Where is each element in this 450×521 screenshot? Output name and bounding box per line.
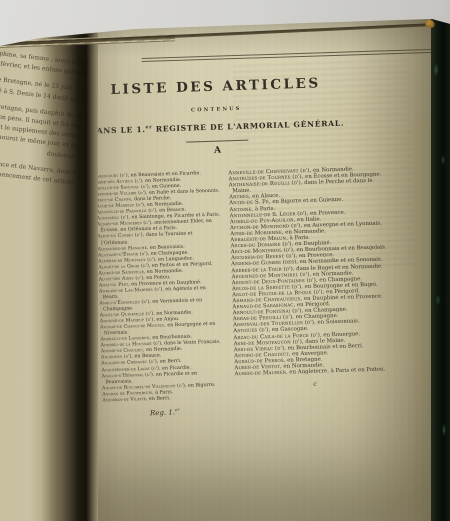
short-rule [186,140,248,143]
title-block: LISTE DES ARTICLES CONTENUS DANS LE 1.er… [86,75,346,160]
subtitle-register-post: REGISTRE DE L'ARMORIAL GÉNÉRAL. [152,119,344,134]
index-columns: Abancourt (d'), en Beauvaisis et en Pica… [95,164,436,418]
index-entry-list-left: Abancourt (d'), en Beauvaisis et en Pica… [95,171,226,405]
page-title: LISTE DES ARTICLES [86,75,344,99]
double-rule [142,49,434,62]
previous-page-sliver: LOUIS XV. après la dauphine, sa femme ; … [0,0,98,521]
marbled-cover-edge [431,0,450,521]
subtitle-register: DANS LE 1.er REGISTRE DE L'ARMORIAL GÉNÉ… [88,119,346,136]
running-header-louis-xv: LOUIS XV. [6,23,44,33]
printed-content: LISTE DES ARTICLES CONTENUS DANS LE 1.er… [85,16,442,521]
signature-mark: Reg. 1.er [103,405,227,417]
signature-pre: Reg. 1. [150,408,175,417]
book-photograph: LISTE DES ARTICLES CONTENUS DANS LE 1.er… [0,0,450,521]
signature-sup: er [175,407,180,412]
previous-page-text: après la dauphine, sa femme ; leurs corp… [0,44,89,189]
index-column-right: Anneville-de Chiffrevast (d'), en Norman… [228,165,396,413]
catchword: c [235,379,395,390]
book: LISTE DES ARTICLES CONTENUS DANS LE 1.er… [0,0,450,521]
index-page: LISTE DES ARTICLES CONTENUS DANS LE 1.er… [86,0,434,521]
section-letter-a: A [88,142,346,160]
subtitle-contenus: CONTENUS [87,103,345,117]
index-column-left: Abancourt (d'), en Beauvaisis et en Pica… [95,171,227,418]
index-entry-list-right: Anneville-de Chiffrevast (d'), en Norman… [228,165,394,377]
